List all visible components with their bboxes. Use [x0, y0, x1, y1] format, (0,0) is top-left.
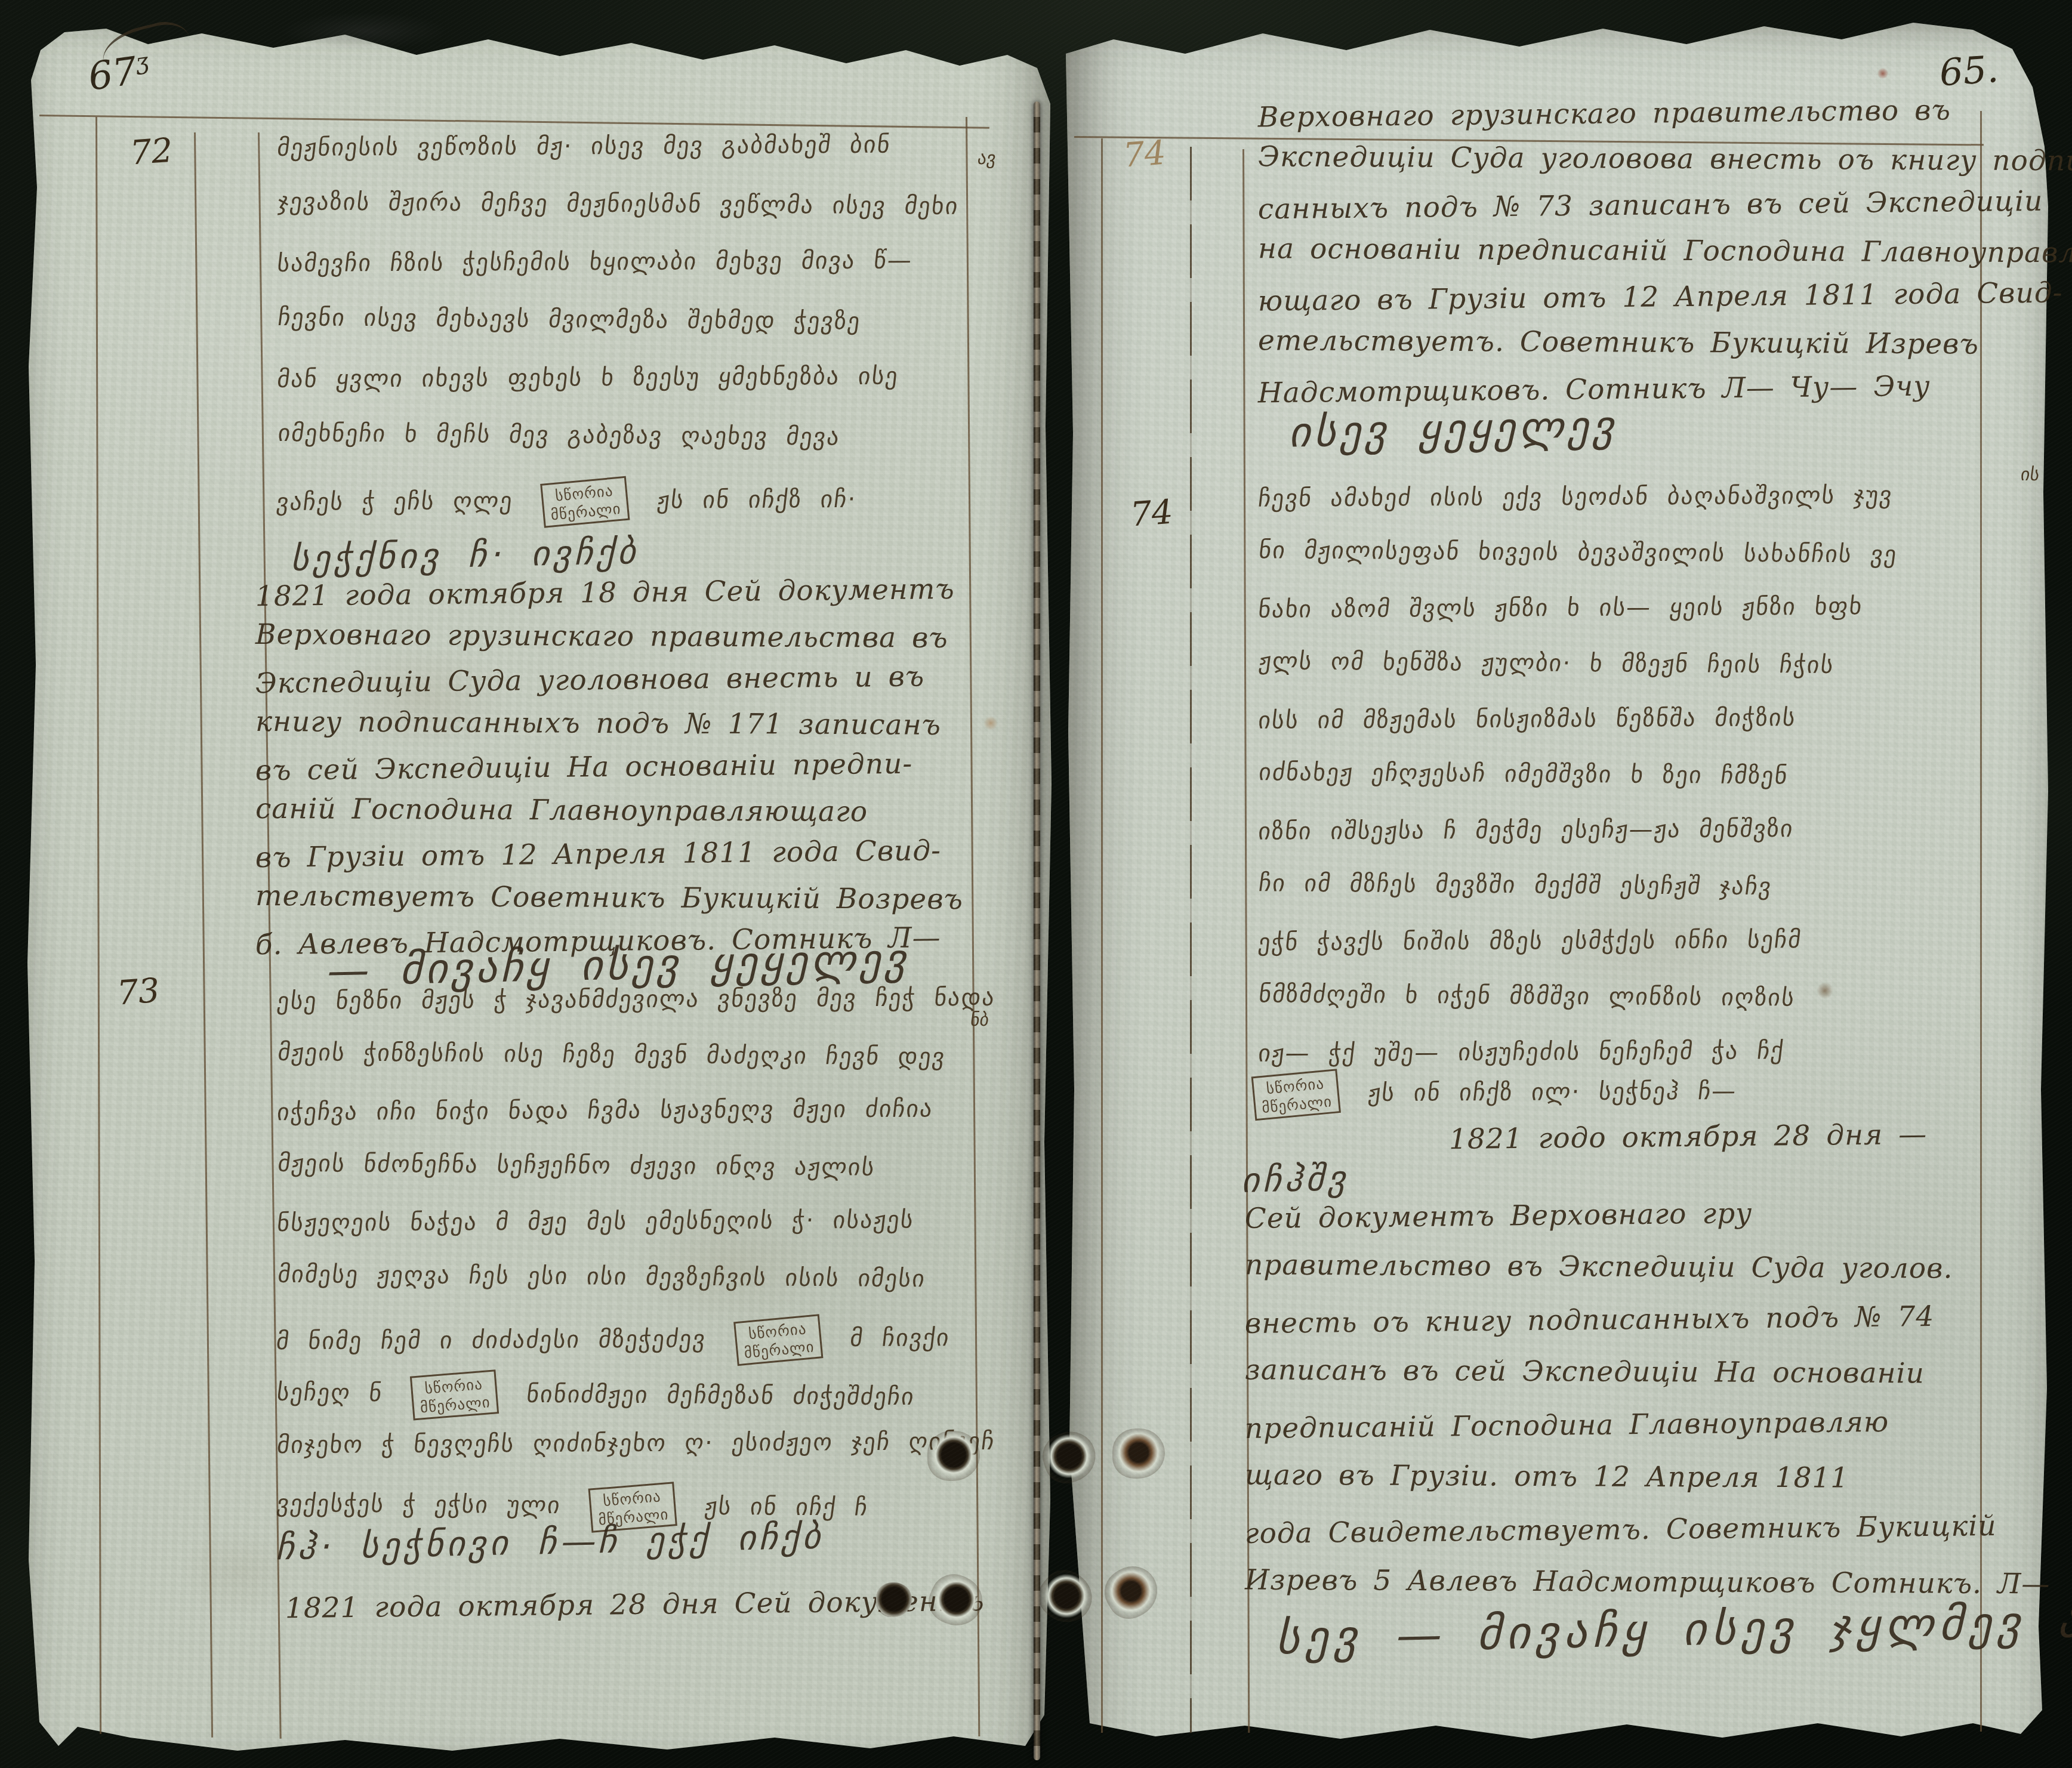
manuscript-text-segment: ჟს ინ იჩქზ ილ· სეჭნეჰ ჩ—	[1348, 1078, 1738, 1107]
entry73-continuation-russian: Верховнаго грузинскаго правительство въЭ…	[1258, 97, 2072, 418]
entry74-date-line: 1821 годо октября 28 дня —	[1449, 1121, 1927, 1153]
manuscript-line: ющаго въ Грузiи отъ 12 Апреля 1811 года …	[1258, 276, 2072, 331]
manuscript-line: 1821 года октября 18 дня Сей документъ	[255, 573, 964, 624]
manuscript-line: года Свидетельствуетъ. Советникъ Букицкi…	[1245, 1509, 2051, 1570]
manuscript-line: ნი მჟილისეფან ხივეის ბევაშვილის სახანჩის…	[1253, 536, 1899, 596]
manuscript-line: книгу подписанныхъ подъ № 171 записанъ	[255, 705, 963, 752]
margin-catchword: ნბ	[969, 1010, 991, 1030]
manuscript-line: მჟეის ნძონეჩნა სეჩჟეჩნო ძჟევი ინღვ აჟლის	[272, 1150, 997, 1210]
entry-number-72: 72	[129, 131, 174, 173]
manuscript-line: სწორიამწერალი ჟს ინ იჩქზ ილ· სეჭნეჰ ჩ—	[1239, 1070, 1739, 1117]
manuscript-line: предписанiй Господина Главноуправляю	[1245, 1404, 2051, 1465]
manuscript-line: ნახი აზომ შვლს ჟნზი ხ ის— ყეის ჟნზი ხფხ	[1253, 593, 1899, 652]
manuscript-text-segment: სეჩეღ ნ	[275, 1379, 403, 1407]
manuscript-line: სეჩეღ ნ სწორიამწერალი ნინიძმჟეი მეჩმეზან…	[272, 1372, 997, 1432]
manuscript-line: Верховнаго грузинскаго правительство въ	[1258, 92, 2072, 147]
entry72-closing-signature: — მივაჩყ ისევ ყეყელევ	[329, 940, 911, 989]
manuscript-book-scan: 67ʒ 65. 72 73 74 74 ავ ნბ ის მეჟნიესის ვ…	[0, 0, 2072, 1768]
manuscript-line: внесть оъ книгу подписанныхъ подъ № 74	[1245, 1299, 2051, 1360]
entry72-georgian-text: მეჟნიესის ვეწოზის მჟ· ისევ მევ გაბმახეშ …	[276, 132, 957, 538]
entry-number-74: 74	[1129, 493, 1174, 535]
manuscript-line: въ Грузiи отъ 12 Апреля 1811 года Свид-	[255, 834, 964, 885]
manuscript-line: სეჭქნივ ჩ· ივჩქბ	[288, 531, 646, 579]
scribe-stamp: სწორიამწერალი	[1251, 1069, 1341, 1121]
manuscript-line: მ ნიმე ჩემ ი ძიძაძესი მზეჭეძევ სწორიამწე…	[272, 1317, 997, 1376]
manuscript-text-segment: ნინიძმჟეი მეჩმეზან ძიჭეშძეჩი	[507, 1381, 917, 1411]
entry72-georgian-signature: სეჭქნივ ჩ· ივჩქბ	[294, 535, 640, 575]
manuscript-text-segment: მ ჩივქი	[830, 1324, 951, 1352]
scribe-stamp: სწორიამწერალი	[733, 1314, 823, 1366]
manuscript-line: санiй Господина Главноуправляющаго	[255, 792, 963, 840]
manuscript-line: მჟეის ჭინზესჩის ისე ჩეზე მევნ მაძეღკი ჩე…	[272, 1039, 997, 1099]
manuscript-line: етельствуетъ. Советникъ Букицкiй Изревъ	[1258, 324, 2072, 374]
manuscript-line: Сей документъ Верховнаго гру	[1245, 1194, 2051, 1255]
entry74-georgian-text: ჩევნ ამახეძ ისის ექვ სეოძან ბაღანაშვილს …	[1257, 483, 1896, 1094]
entry-number-73: 73	[116, 971, 161, 1013]
margin-catchword: ის	[2019, 464, 2041, 485]
manuscript-line: იჩჰშვ	[1239, 1158, 1356, 1201]
manuscript-line: ჩი იმ მზჩეს მევზში მექმშ ესეჩჟშ ჯაჩვ	[1253, 869, 1899, 929]
entry74-russian-attestation: Сей документъ Верховнаго груправительств…	[1245, 1198, 2050, 1618]
manuscript-text-segment: ვაჩეს ჭ ეჩს ღლე	[275, 487, 534, 516]
entry73-georgian-text: ესე ნეზნი მჟეს ჭ ჯავანმძევილა ვნევზე მევ…	[276, 986, 994, 1541]
manuscript-line: ჩჰ· სეჭნივი ჩ—ჩ ეჭქ იჩქბ	[273, 1516, 831, 1568]
right-page-margin-line-2	[1190, 147, 1192, 1733]
manuscript-line: მან ყვლი იხევს ფეხეს ხ ზეესუ ყმეხნეზბა ი…	[272, 362, 961, 424]
entry72-russian-attestation: 1821 года октября 18 дня Сей документъВе…	[255, 576, 963, 968]
entry74-closing-signature: სევ — მივაჩყ ისევ ჯყლმევ ა	[1281, 1603, 2072, 1656]
binding-thread	[1034, 101, 1040, 1760]
manuscript-line: ესე ნეზნი მჟეს ჭ ჯავანმძევილა ვნევზე მევ…	[272, 984, 997, 1043]
manuscript-line: ჩევნ ამახეძ ისის ექვ სეოძან ბაღანაშვილს …	[1253, 482, 1899, 541]
manuscript-line: სევ — მივაჩყ ისევ ჯყლმევ ა	[1272, 1594, 2072, 1664]
manuscript-line: სამევჩი ჩზის ჭესჩემის ხყილაბი მეხვე მივა…	[272, 246, 961, 308]
manuscript-line: правительство въ Экспедицiи Суда уголов.	[1245, 1248, 2051, 1305]
manuscript-line: მიჯეხო ჭ ნევღეჩს ღიძინჯეხო ღ· ესიძჟეო ჯე…	[272, 1428, 997, 1487]
manuscript-line: ვაჩეს ჭ ეჩს ღლე სწორიამწერალი ჟს ინ იჩქზ…	[272, 478, 961, 539]
entry74-inline-signature: იჩჰშვ	[1244, 1159, 1351, 1199]
entry73-continuation-signature: ისევ ყეყელევ	[1292, 405, 1619, 453]
manuscript-line: Экспедицiи Суда уголовнова внесть и въ	[255, 660, 964, 711]
manuscript-text-segment: ჟს ინ იჩქზ იჩ·	[637, 486, 858, 514]
manuscript-line: იჭეჩვა იჩი ნიჭი ნადა ჩვმა სჟავნეღვ მჟეი …	[272, 1095, 997, 1154]
manuscript-line: 1821 годо октября 28 дня —	[1449, 1118, 1928, 1156]
manuscript-line: записанъ въ сей Экспедицiи На основанiи	[1245, 1353, 2051, 1410]
margin-catchword: ავ	[976, 148, 998, 169]
manuscript-line: тельствуетъ Советникъ Букицкiй Возревъ	[255, 880, 963, 927]
manuscript-line: щаго въ Грузiи. отъ 12 Апреля 1811	[1245, 1458, 2051, 1515]
manuscript-line: ჟლს ომ ხენშზა ჟულბი· ხ მზეჟნ ჩეის ჩჭის	[1253, 647, 1899, 707]
entry-number-74-faded: 74	[1122, 134, 1167, 175]
manuscript-line: ნსჟეღეის ნაჭეა მ მჟე მეს ემესნეღის ჭ· ის…	[272, 1206, 997, 1265]
manuscript-line: ისს იმ მზჟემას ნისჟიზმას წეზნშა მიჭზის	[1253, 704, 1899, 763]
manuscript-line: ეჭნ ჭავქს ნიშის მზეს ესმჭქეს ინჩი სეჩმ	[1253, 925, 1899, 985]
manuscript-line: ჩევნი ისევ მეხაევს მვილმეზა შეხმედ ჭევზე	[272, 304, 960, 366]
manuscript-line: იზნი იშსეჟსა ჩ მეჭმე ესეჩჟ—ჟა მენშვზი	[1253, 814, 1899, 874]
manuscript-line: იძნახეჟ ეჩღჟესაჩ იმემშვზი ხ ზეი ჩმზენ	[1253, 758, 1899, 818]
entry73-georgian-signature: ჩჰ· სეჭნივი ჩ—ჩ ეჭქ იჩქბ	[279, 1522, 825, 1562]
scribe-stamp: სწორიამწერალი	[540, 476, 630, 528]
manuscript-text-segment: ვექესჭეს ჭ ეჭსი ული	[275, 1490, 581, 1520]
manuscript-text-segment: მ ნიმე ჩემ ი ძიძაძესი მზეჭეძევ	[275, 1325, 726, 1355]
manuscript-line: въ сей Экспедицiи На основанiи предпи-	[255, 747, 964, 798]
manuscript-line: ნმზმძღეში ხ იჭენ მზმშვი ლინზის იღზის	[1253, 980, 1899, 1040]
right-page-margin-line-1	[1101, 138, 1103, 1733]
page-number-right: 65.	[1938, 47, 2000, 95]
manuscript-line: მიმესე ჟეღვა ჩეს ესი ისი მევზეჩვის ისის …	[272, 1261, 997, 1321]
scribe-stamp: სწორიამწერალი	[410, 1369, 499, 1420]
manuscript-line: санныхъ подъ № 73 записанъ въ сей Экспед…	[1258, 184, 2072, 239]
manuscript-line: ჯევაზის შჟირა მეჩვე მეჟნიესმან ვეწლმა ის…	[272, 188, 960, 251]
manuscript-line: на основанiи предписанiй Господина Главн…	[1258, 232, 2072, 282]
entry74-stamp-line: სწორიამწერალი ჟს ინ იჩქზ ილ· სეჭნეჰ ჩ—	[1242, 1072, 1737, 1116]
manuscript-line: ისევ ყეყელევ	[1285, 401, 1625, 456]
manuscript-line: Экспедицiи Суда уголовова внесть оъ книг…	[1258, 140, 2072, 190]
manuscript-line: Верховнаго грузинскаго правительства въ	[255, 618, 963, 665]
manuscript-line: იმეხნეჩი ხ მეჩს მევ გაბეზავ ღაეხევ მევა	[272, 419, 960, 482]
manuscript-line: მეჟნიესის ვეწოზის მჟ· ისევ მევ გაბმახეშ …	[272, 131, 961, 192]
